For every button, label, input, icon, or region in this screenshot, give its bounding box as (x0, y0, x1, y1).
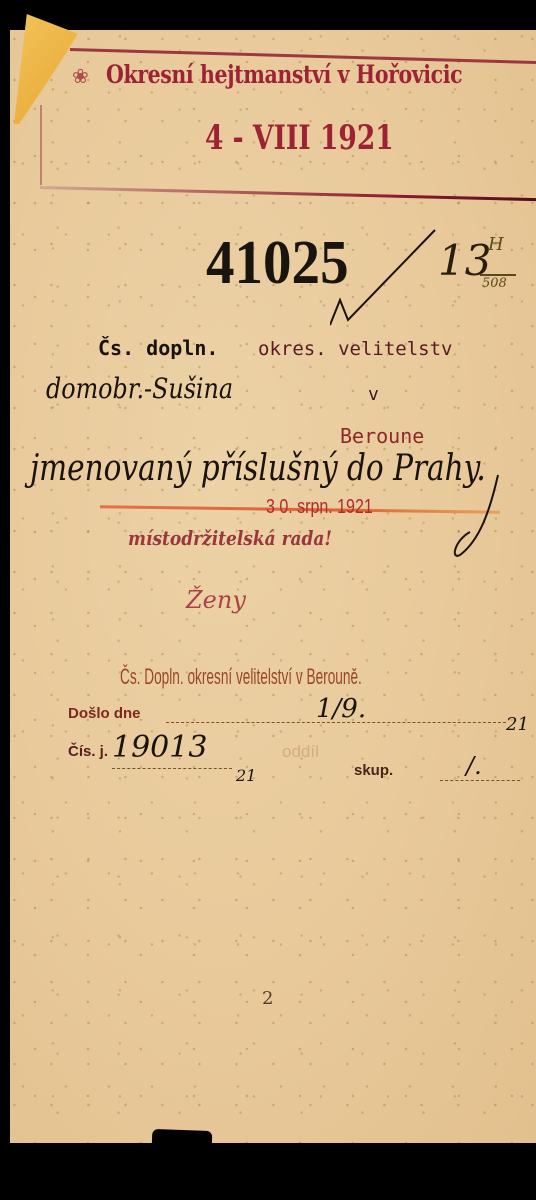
received-date: 1/9. (316, 694, 366, 724)
addressee-line1: okres. velitelstv (258, 338, 452, 360)
received-year: 21 (506, 714, 529, 735)
fraction-top: H (488, 234, 504, 255)
registry-number: 41025 (206, 228, 349, 299)
handwritten-subject: jmenovaný příslušný do Prahy. (30, 448, 486, 489)
faded-label: oddíl (282, 742, 319, 762)
authority-stamp: místodržitelská rada! (128, 526, 332, 550)
group-line (440, 780, 520, 781)
torn-notch (152, 1129, 213, 1151)
received-label: Došlo dne (68, 705, 141, 722)
coat-of-arms-icon: ❀ (72, 64, 89, 88)
number-line (112, 768, 232, 769)
handwritten-unit: domobr.-Sušina (46, 372, 233, 405)
header-authority-stamp: Okresní hejtmanství v Hořovicic (106, 60, 462, 89)
fraction-bottom: 508 (482, 276, 507, 291)
number-label: Čís. j. (68, 743, 108, 760)
group-value: /. (466, 752, 482, 780)
addressee-line1-bold: Čs. dopln. (98, 336, 218, 360)
addressee-line2: v (368, 384, 379, 405)
subject-date-stamp: 3 0. srpn. 1921 (266, 496, 373, 519)
page-mark: 2 (262, 988, 273, 1009)
stamp-left-rule (40, 105, 42, 185)
pencil-signature: Ženy (186, 586, 246, 614)
receipt-stamp-title: Čs. Dopln. okresní velitelství v Berouně… (120, 664, 362, 690)
group-label: skup. (354, 762, 393, 779)
header-date-stamp: 4 - VIII 1921 (205, 118, 394, 158)
number-value: 19013 (112, 730, 207, 765)
addressee-line3: Beroune (340, 424, 424, 448)
subject-loop-stroke (450, 470, 510, 560)
slash-stroke (330, 220, 450, 330)
number-year: 21 (236, 766, 256, 785)
